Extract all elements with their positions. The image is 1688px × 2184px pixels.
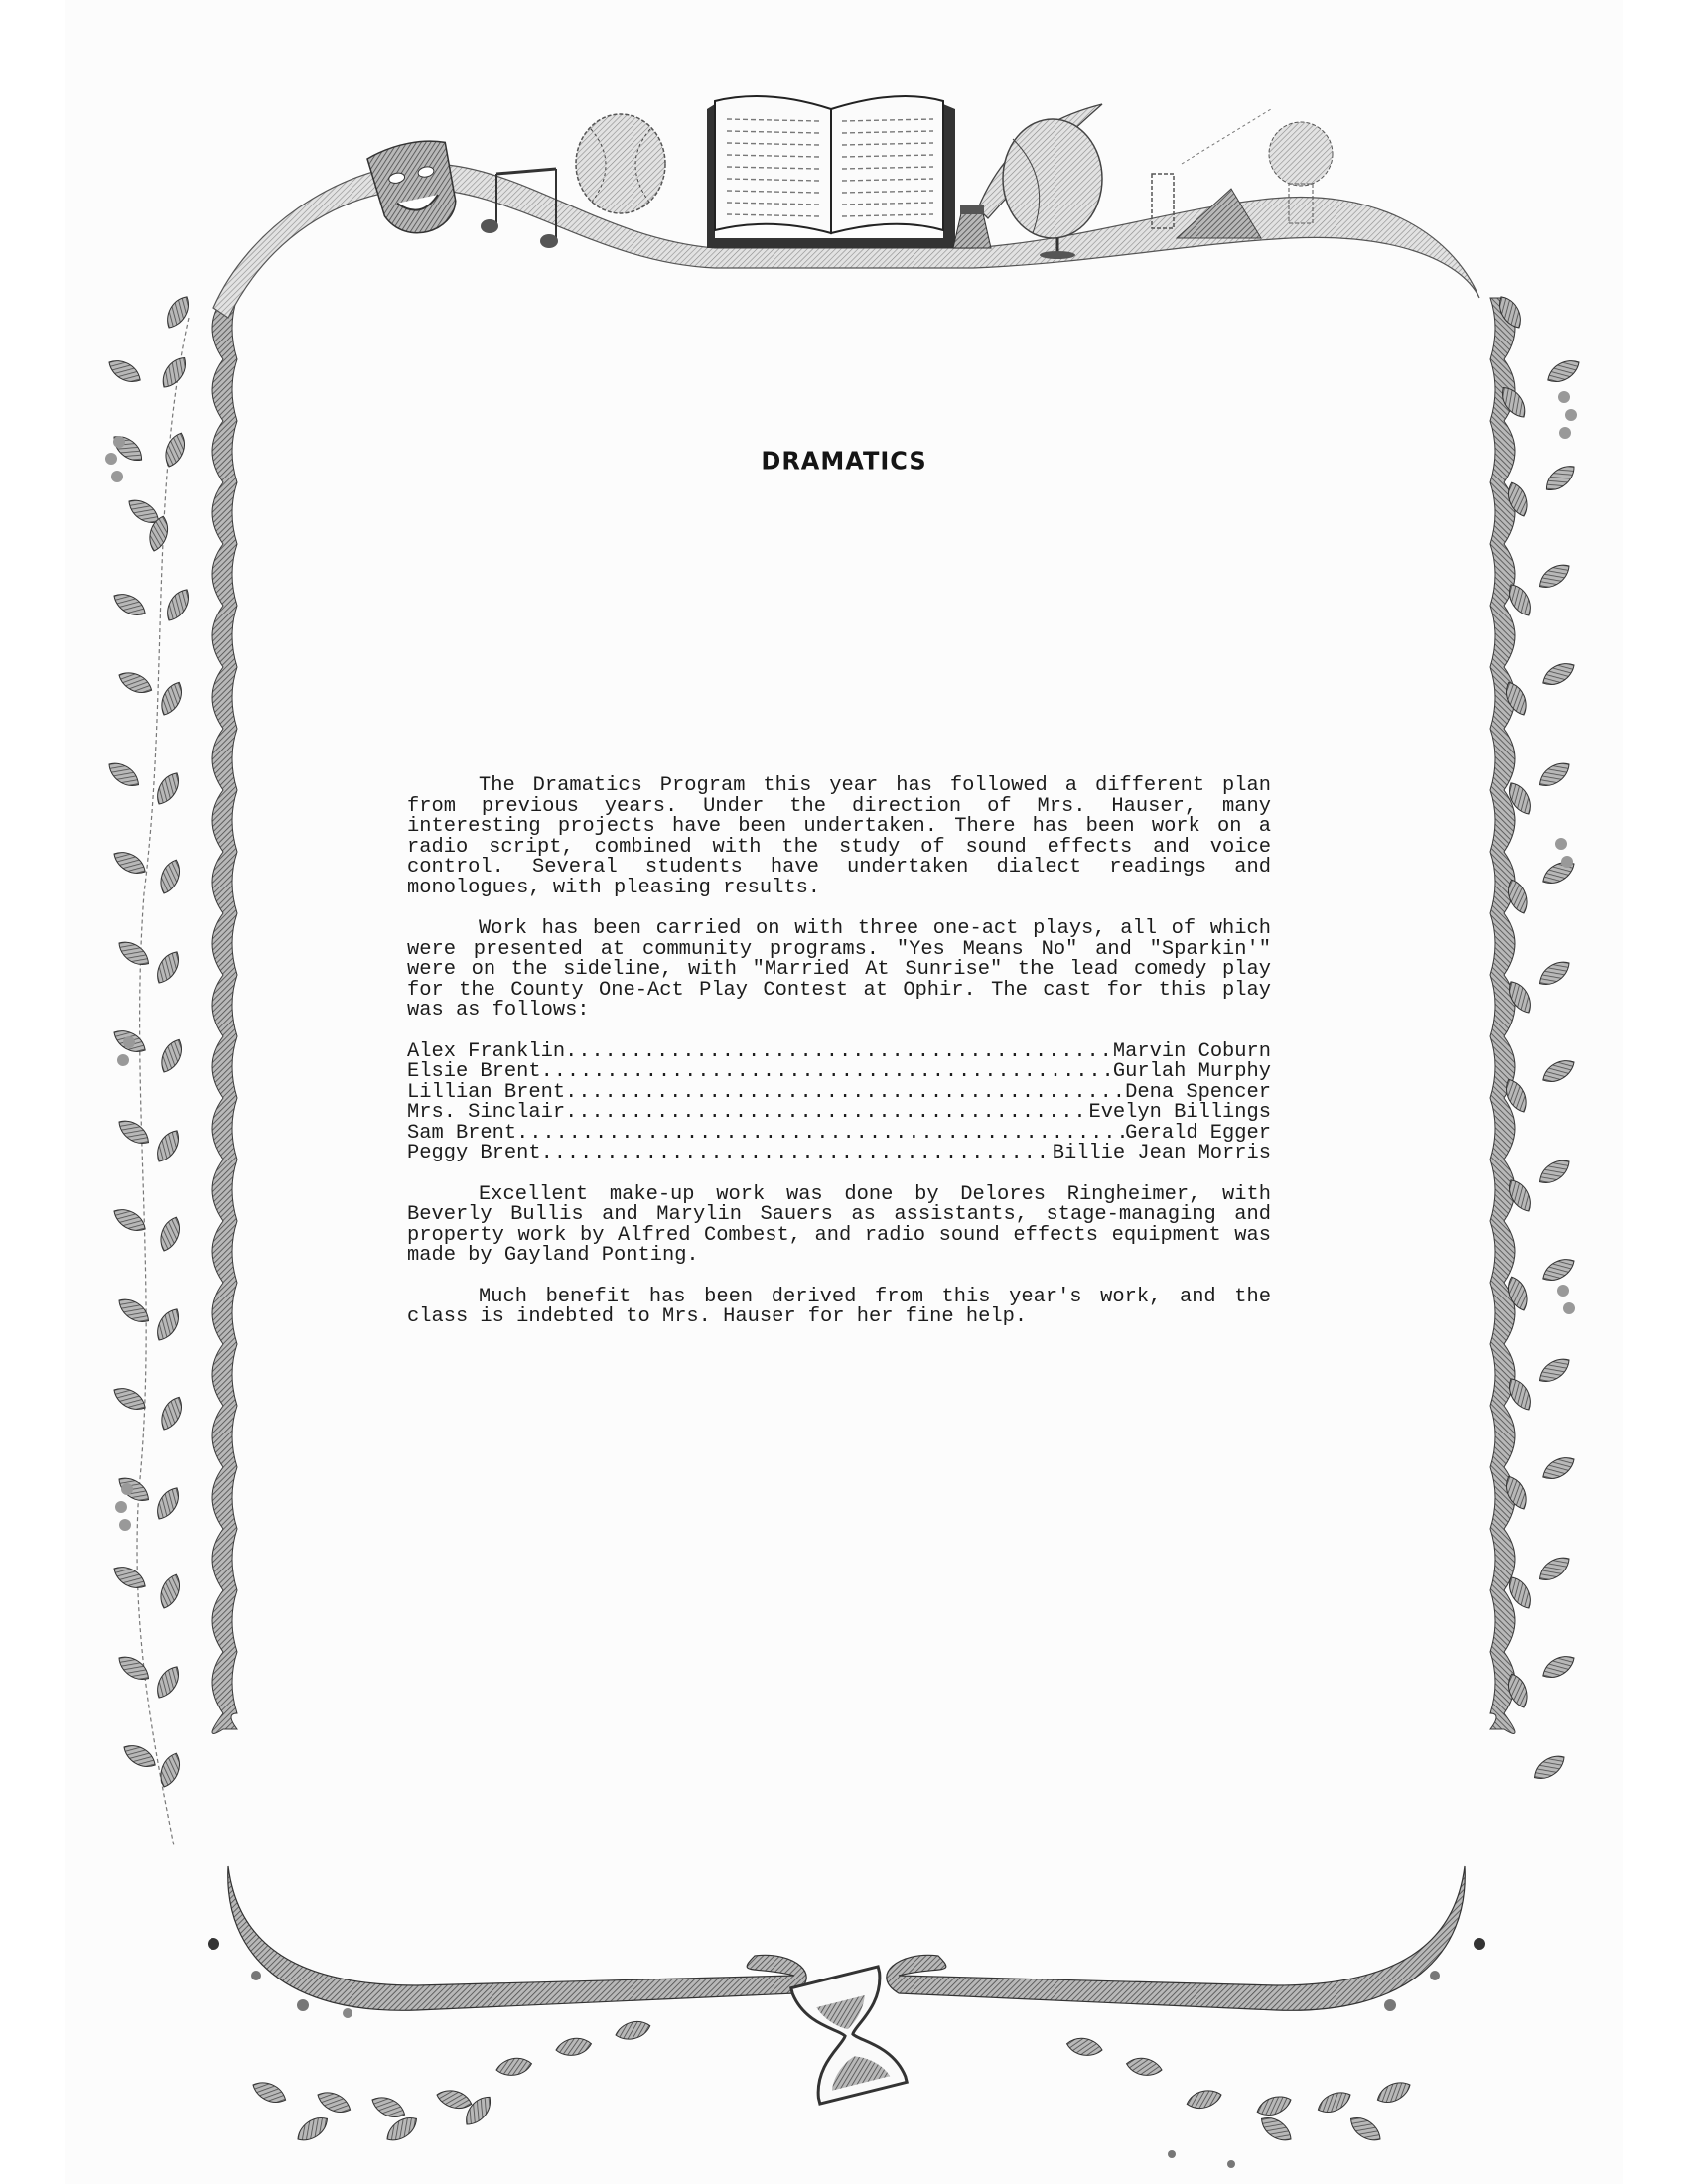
cast-actor: Billie Jean Morris <box>1053 1144 1271 1164</box>
leader-dots <box>565 1083 1125 1104</box>
right-frame-edge <box>1490 298 1515 1733</box>
cast-actor: Gerald Egger <box>1125 1124 1271 1145</box>
leader-dots <box>565 1103 1088 1124</box>
cast-list: Alex FranklinMarvin Coburn Elsie BrentGu… <box>407 1042 1271 1164</box>
paragraph-credits: Excellent make-up work was done by Delor… <box>407 1185 1271 1267</box>
cast-actor: Marvin Coburn <box>1113 1042 1271 1063</box>
article-body: The Dramatics Program this year has foll… <box>407 776 1271 1349</box>
open-book-icon <box>707 96 955 248</box>
hourglass-icon <box>791 1967 907 2104</box>
cast-row: Elsie BrentGurlah Murphy <box>407 1062 1271 1083</box>
cast-actor: Evelyn Billings <box>1088 1103 1271 1124</box>
paragraph-closing: Much benefit has been derived from this … <box>407 1288 1271 1328</box>
paragraph-plays: Work has been carried on with three one-… <box>407 919 1271 1022</box>
cast-role: Elsie Brent <box>407 1062 541 1083</box>
leader-dots <box>565 1042 1113 1063</box>
cast-row: Alex FranklinMarvin Coburn <box>407 1042 1271 1063</box>
page-title: DRAMATICS <box>0 446 1688 475</box>
left-frame-edge <box>212 298 237 1733</box>
leader-dots <box>541 1144 1053 1164</box>
cast-role: Peggy Brent <box>407 1144 541 1164</box>
comedy-mask-icon <box>366 136 463 241</box>
cast-row: Lillian BrentDena Spencer <box>407 1083 1271 1104</box>
cast-actor: Gurlah Murphy <box>1113 1062 1271 1083</box>
cast-row: Peggy BrentBillie Jean Morris <box>407 1144 1271 1164</box>
leader-dots <box>516 1124 1125 1145</box>
leader-dots <box>541 1062 1113 1083</box>
baseball-icon <box>576 114 665 213</box>
cast-role: Alex Franklin <box>407 1042 565 1063</box>
left-vine <box>104 293 194 1846</box>
cast-role: Lillian Brent <box>407 1083 565 1104</box>
cast-role: Mrs. Sinclair <box>407 1103 565 1124</box>
cast-row: Mrs. SinclairEvelyn Billings <box>407 1103 1271 1124</box>
cast-role: Sam Brent <box>407 1124 516 1145</box>
cast-row: Sam BrentGerald Egger <box>407 1124 1271 1145</box>
paragraph-intro: The Dramatics Program this year has foll… <box>407 776 1271 898</box>
cast-actor: Dena Spencer <box>1125 1083 1271 1104</box>
